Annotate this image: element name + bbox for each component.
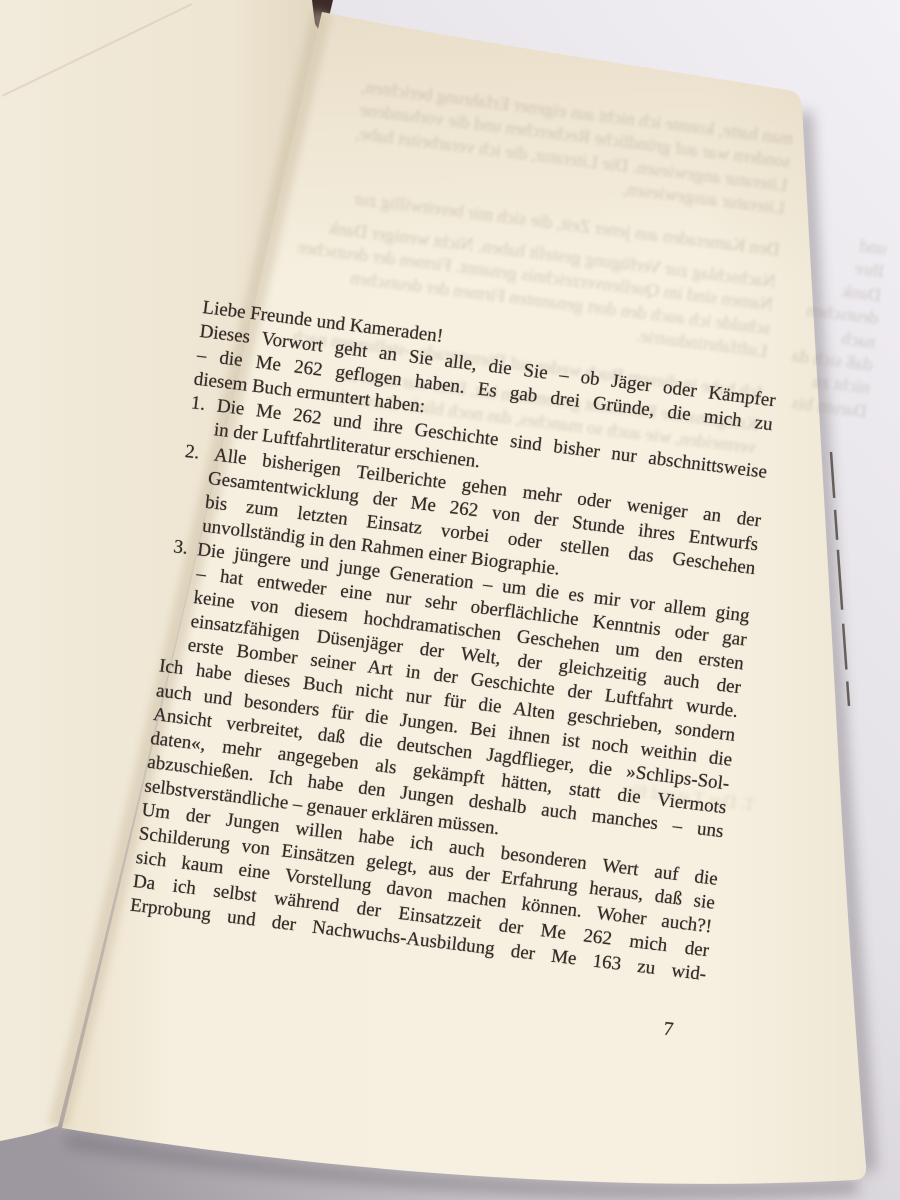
foreword-text: Liebe Freunde und Kameraden!Dieses Vorwo… <box>129 296 780 988</box>
book-photo: man hatte, konnte ich nicht aus eigener … <box>0 0 900 1200</box>
page-content: man hatte, konnte ich nicht aus eigener … <box>122 296 780 1045</box>
